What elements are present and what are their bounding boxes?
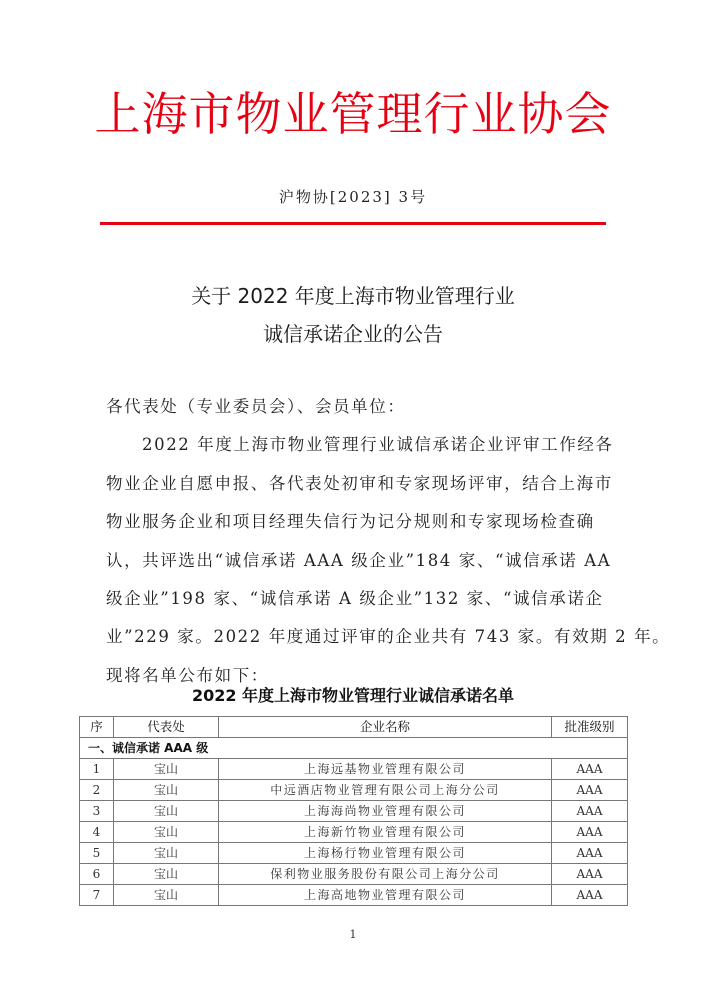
cell-level: AAA — [552, 780, 628, 801]
cell-company: 中远酒店物业管理有限公司上海分公司 — [219, 780, 552, 801]
column-header-level: 批准级别 — [552, 717, 628, 738]
paragraph-line: 2022 年度上海市物业管理行业诚信承诺企业评审工作经各 — [106, 426, 606, 464]
table-row: 1 宝山 上海远基物业管理有限公司 AAA — [80, 759, 628, 780]
paragraph-line: 认，共评选出“诚信承诺 AAA 级企业”184 家、“诚信承诺 AA — [106, 542, 606, 580]
cell-office: 宝山 — [114, 864, 219, 885]
cell-office: 宝山 — [114, 822, 219, 843]
cell-company: 上海远基物业管理有限公司 — [219, 759, 552, 780]
paragraph-line: 物业服务企业和项目经理失信行为记分规则和专家现场检查确 — [106, 503, 606, 541]
cell-company: 上海杨行物业管理有限公司 — [219, 843, 552, 864]
section-row: 一、诚信承诺 AAA 级 — [80, 738, 628, 759]
table-row: 6 宝山 保利物业服务股份有限公司上海分公司 AAA — [80, 864, 628, 885]
cell-seq: 7 — [80, 885, 114, 906]
cell-company: 上海新竹物业管理有限公司 — [219, 822, 552, 843]
table-header-row: 序 代表处 企业名称 批准级别 — [80, 717, 628, 738]
table-row: 3 宝山 上海海尚物业管理有限公司 AAA — [80, 801, 628, 822]
table-row: 4 宝山 上海新竹物业管理有限公司 AAA — [80, 822, 628, 843]
cell-office: 宝山 — [114, 780, 219, 801]
cell-seq: 1 — [80, 759, 114, 780]
notice-body: 各代表处（专业委员会）、会员单位： 2022 年度上海市物业管理行业诚信承诺企业… — [106, 388, 606, 695]
page-number: 1 — [0, 928, 706, 941]
cell-company: 上海海尚物业管理有限公司 — [219, 801, 552, 822]
cell-office: 宝山 — [114, 801, 219, 822]
organization-title: 上海市物业管理行业协会 — [0, 86, 706, 142]
red-divider-line — [100, 222, 606, 225]
paragraph-line: 业”229 家。2022 年度通过评审的企业共有 743 家。有效期 2 年。 — [106, 618, 606, 656]
cell-level: AAA — [552, 864, 628, 885]
cell-level: AAA — [552, 843, 628, 864]
roster-title: 2022 年度上海市物业管理行业诚信承诺名单 — [0, 683, 706, 706]
section-label: 一、诚信承诺 AAA 级 — [80, 738, 628, 759]
column-header-seq: 序 — [80, 717, 114, 738]
cell-seq: 5 — [80, 843, 114, 864]
cell-seq: 3 — [80, 801, 114, 822]
table-row: 7 宝山 上海高地物业管理有限公司 AAA — [80, 885, 628, 906]
notice-title: 关于 2022 年度上海市物业管理行业 诚信承诺企业的公告 — [0, 277, 706, 353]
table-row: 2 宝山 中远酒店物业管理有限公司上海分公司 AAA — [80, 780, 628, 801]
cell-company: 保利物业服务股份有限公司上海分公司 — [219, 864, 552, 885]
salutation: 各代表处（专业委员会）、会员单位： — [106, 388, 606, 426]
cell-seq: 2 — [80, 780, 114, 801]
cell-office: 宝山 — [114, 885, 219, 906]
cell-level: AAA — [552, 822, 628, 843]
cell-office: 宝山 — [114, 759, 219, 780]
column-header-company: 企业名称 — [219, 717, 552, 738]
cell-company: 上海高地物业管理有限公司 — [219, 885, 552, 906]
notice-title-line-2: 诚信承诺企业的公告 — [0, 315, 706, 353]
document-number: 沪物协[2023] 3号 — [0, 186, 706, 207]
cell-seq: 6 — [80, 864, 114, 885]
cell-office: 宝山 — [114, 843, 219, 864]
table-row: 5 宝山 上海杨行物业管理有限公司 AAA — [80, 843, 628, 864]
paragraph-line: 物业企业自愿申报、各代表处初审和专家现场评审，结合上海市 — [106, 465, 606, 503]
cell-level: AAA — [552, 801, 628, 822]
notice-title-line-1: 关于 2022 年度上海市物业管理行业 — [0, 277, 706, 315]
roster-table: 序 代表处 企业名称 批准级别 一、诚信承诺 AAA 级 1 宝山 上海远基物业… — [79, 716, 628, 906]
cell-seq: 4 — [80, 822, 114, 843]
column-header-office: 代表处 — [114, 717, 219, 738]
paragraph-line: 级企业”198 家、“诚信承诺 A 级企业”132 家、“诚信承诺企 — [106, 580, 606, 618]
cell-level: AAA — [552, 885, 628, 906]
cell-level: AAA — [552, 759, 628, 780]
